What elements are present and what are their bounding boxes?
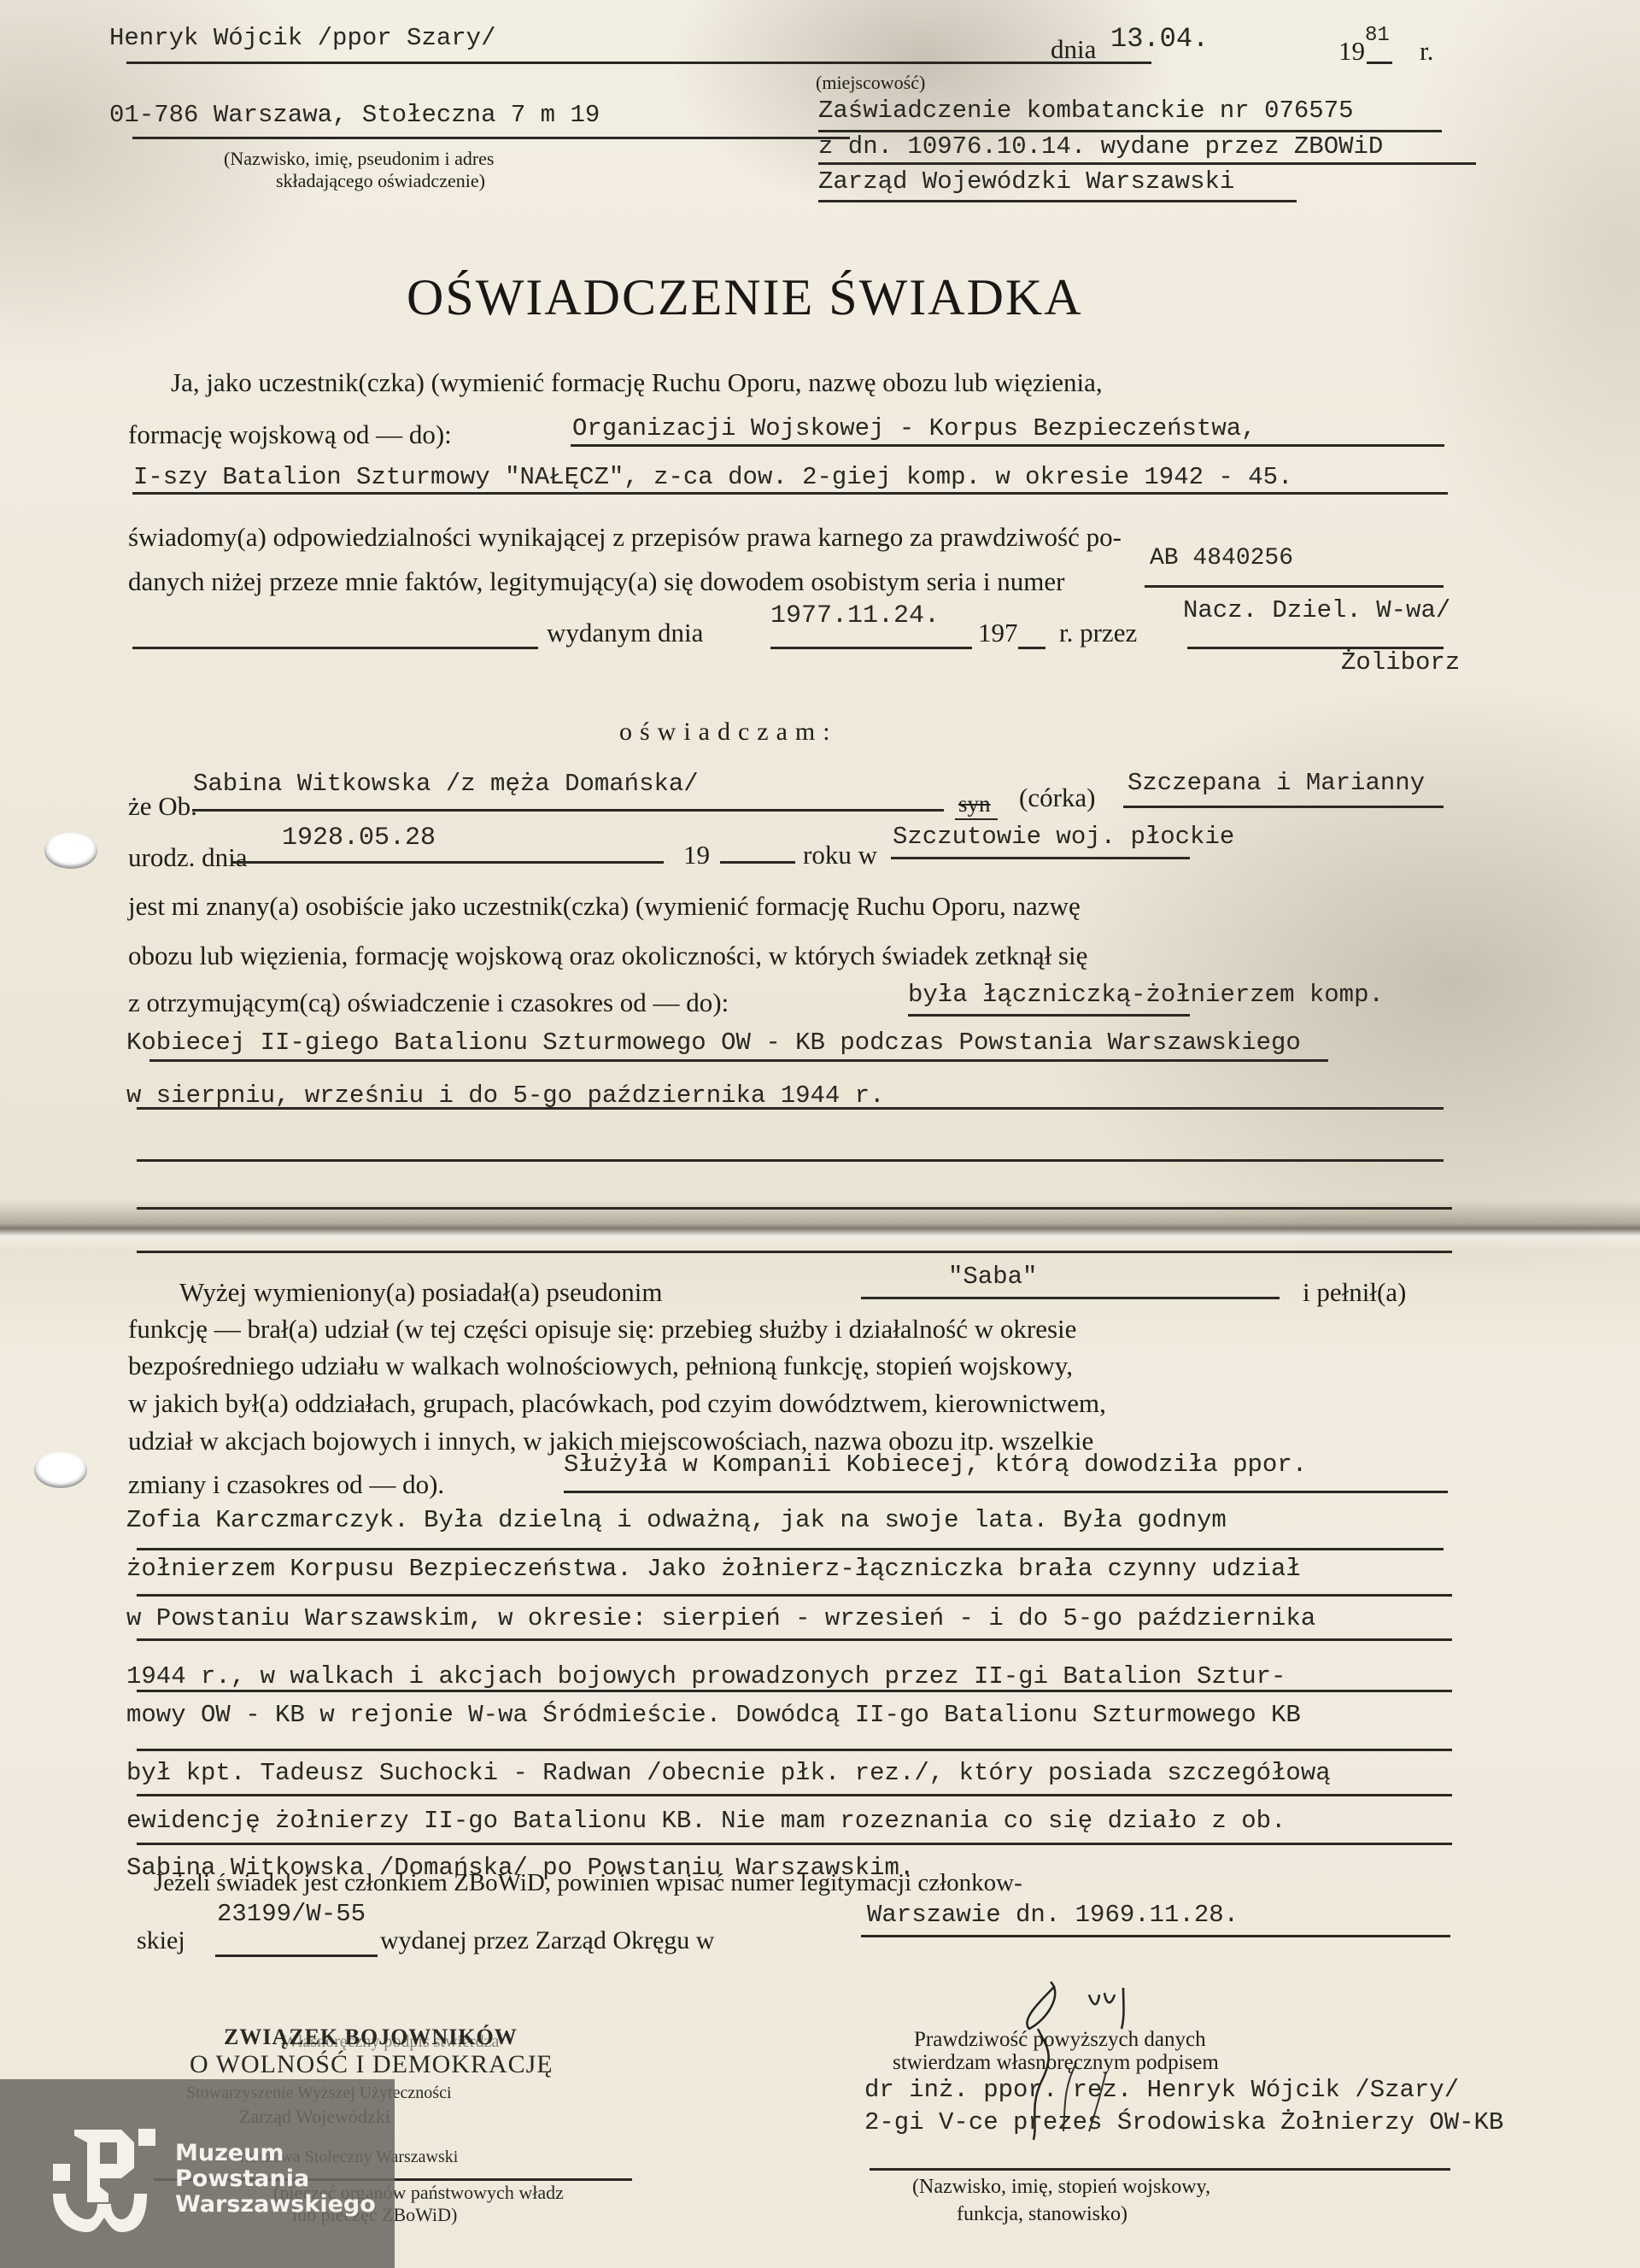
underline <box>810 62 1151 64</box>
underline <box>571 444 1444 447</box>
declarant-address: 01-786 Warszawa, Stołeczna 7 m 19 <box>109 103 600 127</box>
citizen-label: że Ob. <box>128 793 197 819</box>
underline <box>149 1059 1328 1062</box>
certificate-line-3: Zarząd Wojewódzki Warszawski <box>818 169 1234 194</box>
narrative-line: w Powstaniu Warszawskim, w okresie: sier… <box>126 1606 1315 1631</box>
pseudonym-label: Wyżej wymieniony(a) posiadał(a) pseudoni… <box>179 1279 662 1305</box>
museum-watermark: Muzeum Powstania Warszawskiego <box>0 2079 395 2268</box>
underline <box>720 861 795 864</box>
underline <box>818 162 1476 165</box>
underline <box>1145 585 1444 588</box>
born-year-prefix: 19 <box>683 841 710 868</box>
membership-number: 23199/W-55 <box>217 1902 366 1926</box>
known-line-2: obozu lub więzienia, formację wojskową o… <box>128 942 1087 969</box>
stamp-line: O WOLNOŚĆ I DEMOKRACJĘ <box>190 2052 553 2078</box>
issued-year-prefix: 197 <box>978 619 1018 646</box>
underline <box>861 1297 1280 1299</box>
citizen-name: Sabina Witkowska /z męża Domańska/ <box>193 771 699 796</box>
year-prefix: 19 <box>1338 38 1365 64</box>
underline <box>908 1014 1190 1017</box>
punch-hole-icon <box>44 833 97 869</box>
underline <box>1367 62 1392 64</box>
issued-date: 1977.11.24. <box>770 603 940 629</box>
date-label: dnia <box>1051 36 1096 62</box>
signer-line-2: 2-gi V-ce prezes Środowiska Żołnierzy OW… <box>864 2110 1503 2135</box>
declarant-caption-1: (Nazwisko, imię, pseudonim i adres <box>224 149 495 168</box>
known-line-3-label: z otrzymującym(cą) oświadczenie i czasok… <box>128 989 729 1016</box>
born-label: urodz. dnia <box>128 844 247 870</box>
daughter-label: (córka) <box>1019 784 1096 811</box>
underline <box>137 1159 1444 1162</box>
narrative-line: 1944 r., w walkach i akcjach bojowych pr… <box>126 1664 1286 1689</box>
service-line-1: była łączniczką-żołnierzem komp. <box>908 982 1384 1007</box>
formation-line-2: I-szy Batalion Szturmowy "NAŁĘCZ", z-ca … <box>133 465 1292 489</box>
instructions-line-5-label: zmiany i czasokres od — do). <box>128 1471 444 1497</box>
museum-name-line: Muzeum <box>175 2141 376 2166</box>
underline <box>1123 806 1444 808</box>
issued-label: wydanym dnia <box>547 619 703 646</box>
underline <box>137 1843 1452 1845</box>
date-value: 13.04. <box>1110 26 1209 53</box>
id-number: AB 4840256 <box>1150 547 1293 571</box>
underline <box>132 137 850 139</box>
born-place: Szczutowie woj. płockie <box>893 824 1234 849</box>
underline <box>132 647 538 649</box>
service-line-2: Kobiecej II-giego Batalionu Szturmowego … <box>126 1030 1301 1055</box>
narrative-line: był kpt. Tadeusz Suchocki - Radwan /obec… <box>126 1761 1331 1785</box>
issued-by-line-2: Żoliborz <box>1341 650 1460 675</box>
parents: Szczepana i Marianny <box>1127 771 1425 795</box>
declaration-heading: oświadczam: <box>619 719 838 745</box>
underline <box>770 647 972 649</box>
narrative-line: mowy OW - KB w rejonie W-wa Śródmieście.… <box>126 1702 1301 1727</box>
underline <box>137 1794 1452 1796</box>
declarant-name: Henryk Wójcik /ppor Szary/ <box>109 26 495 50</box>
underline <box>137 1548 1444 1550</box>
verify-line-2: stwierdzam własnoręcznym podpisem <box>893 2052 1219 2073</box>
pseudonym: "Saba" <box>948 1264 1037 1289</box>
instructions-line-3: w jakich był(a) oddziałach, grupach, pla… <box>128 1390 1106 1416</box>
underline <box>137 1690 1452 1692</box>
underline <box>215 1954 378 1957</box>
known-line-1: jest mi znany(a) osobiście jako uczestni… <box>128 893 1081 919</box>
underline <box>132 492 1448 495</box>
function-label: i pełnił(a) <box>1303 1279 1406 1305</box>
narrative-line: ewidencję żołnierzy II-go Batalionu KB. … <box>126 1808 1286 1833</box>
underline <box>564 1491 1448 1493</box>
underline <box>818 200 1297 202</box>
underline <box>126 62 835 64</box>
born-date: 1928.05.28 <box>282 825 436 851</box>
service-line-3: w sierpniu, wrześniu i do 5-go październ… <box>126 1083 885 1108</box>
stamp-overlay-text: Własnoręczny podpis stwierdza <box>282 2033 499 2050</box>
membership-issued-value: Warszawie dn. 1969.11.28. <box>867 1902 1239 1927</box>
membership-issued-label: wydanej przez Zarząd Okręgu w <box>380 1928 714 1954</box>
underline <box>1018 647 1045 649</box>
signer-line-1: dr inż. ppor. rez. Henryk Wójcik /Szary/ <box>864 2078 1459 2102</box>
narrative-line: żołnierzem Korpusu Bezpieczeństwa. Jako … <box>126 1556 1301 1581</box>
membership-line-1: Jeżeli świadek jest członkiem ZBoWiD, po… <box>154 1871 1022 1896</box>
signer-caption-1: (Nazwisko, imię, stopień wojskowy, <box>912 2177 1210 2197</box>
punch-hole-icon <box>34 1452 87 1488</box>
born-place-label: roku w <box>803 841 877 868</box>
kotwica-anchor-icon <box>53 2125 155 2236</box>
underline <box>137 1594 1452 1597</box>
museum-name: Muzeum Powstania Warszawskiego <box>175 2141 376 2218</box>
responsibility-line-2: danych niżej przeze mnie faktów, legitym… <box>128 568 1064 595</box>
underline <box>137 1207 1452 1210</box>
underline <box>137 1749 1452 1751</box>
instructions-line-1: funkcję — brał(a) udział (w tej części o… <box>128 1316 1076 1342</box>
certificate-line-1: Zaświadczenie kombatanckie nr 076575 <box>818 98 1354 123</box>
intro-line-1: Ja, jako uczestnik(czka) (wymienić forma… <box>171 369 1103 396</box>
responsibility-line-1: świadomy(a) odpowiedzialności wynikające… <box>128 524 1122 550</box>
year-suffix: r. <box>1420 38 1433 64</box>
narrative-line: Zofia Karczmarczyk. Była dzielną i odważ… <box>126 1508 1227 1533</box>
page-title: OŚWIADCZENIE ŚWIADKA <box>407 272 1083 323</box>
declarant-caption-2: składającego oświadczenie) <box>276 172 485 190</box>
year-value: 81 <box>1365 26 1390 46</box>
museum-name-line: Powstania <box>175 2166 376 2192</box>
underline <box>192 809 944 812</box>
certificate-line-2: z dn. 10976.10.14. wydane przez ZBOWiD <box>818 134 1383 159</box>
underline <box>861 1935 1450 1937</box>
issued-by-line-1: Nacz. Dziel. W-wa/ <box>1183 598 1450 623</box>
intro-line-2-label: formację wojskową od — do): <box>128 421 452 448</box>
underline <box>232 861 664 864</box>
verify-line-1: Prawdziwość powyższych danych <box>914 2029 1206 2050</box>
narrative-line: Służyła w Kompanii Kobiecej, którą dowod… <box>564 1452 1307 1477</box>
signer-caption-2: funkcja, stanowisko) <box>957 2204 1127 2224</box>
underline <box>870 2168 1450 2171</box>
place-caption: (miejscowość) <box>816 73 925 92</box>
underline <box>137 1107 1444 1110</box>
underline <box>137 1638 1452 1641</box>
underline <box>891 857 1190 859</box>
instructions-line-2: bezpośredniego udziału w walkach wolnośc… <box>128 1352 1073 1379</box>
membership-prefix: skiej <box>137 1928 185 1954</box>
underline <box>955 818 998 820</box>
underline <box>137 1251 1452 1253</box>
issued-by-label: r. przez <box>1059 619 1137 646</box>
formation-line-1: Organizacji Wojskowej - Korpus Bezpiecze… <box>572 416 1256 441</box>
museum-name-line: Warszawskiego <box>175 2192 376 2218</box>
son-label: syn <box>958 793 991 816</box>
